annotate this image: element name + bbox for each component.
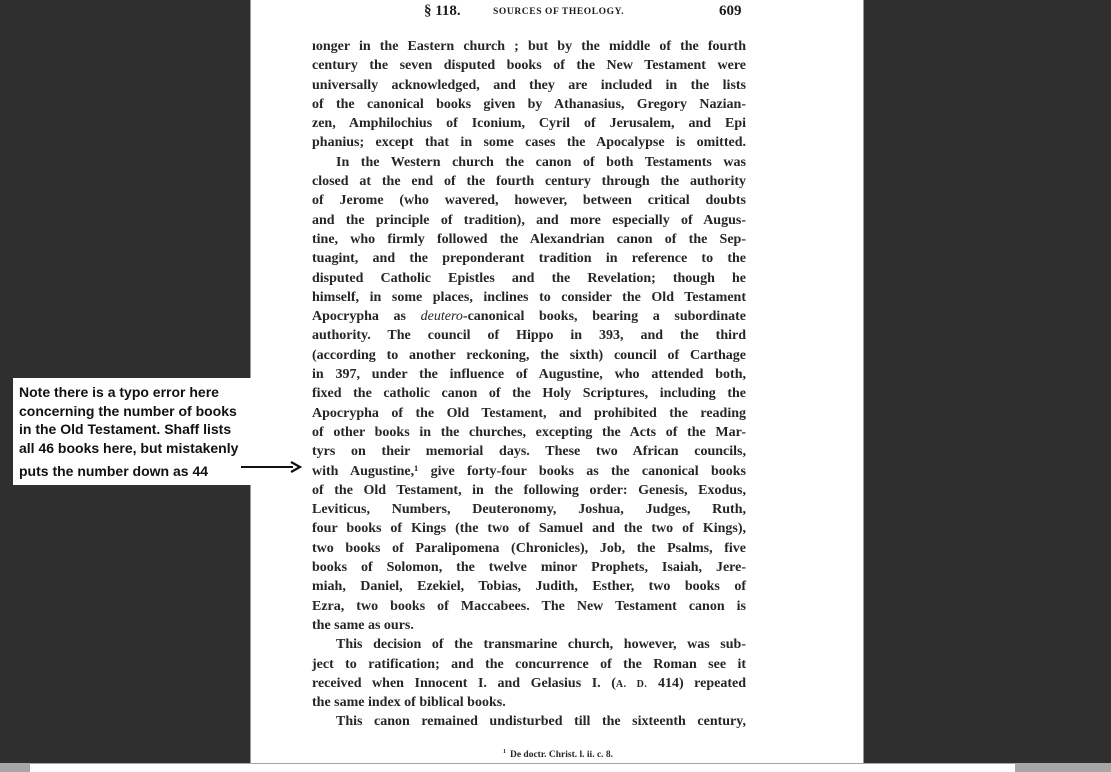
footnote-marker: 1	[503, 749, 506, 755]
text-line: ject to ratification; and the concurrenc…	[312, 655, 746, 674]
text-line: received when Innocent I. and Gelasius I…	[312, 674, 746, 693]
text-line: and the principle of tradition), and mor…	[312, 211, 746, 230]
footnote: 1De doctr. Christ. l. ii. c. 8.	[251, 749, 865, 760]
text-line: phanius; except that in some cases the A…	[312, 133, 746, 152]
text-line: tuagint, and the preponderant tradition …	[312, 249, 746, 268]
text-line: tine, who firmly followed the Alexandria…	[312, 230, 746, 249]
text-line: books of Solomon, the twelve minor Proph…	[312, 558, 746, 577]
running-title: SOURCES OF THEOLOGY.	[493, 7, 624, 17]
text-line: the same as ours.	[312, 616, 746, 635]
text-line: fixed the catholic canon of the Holy Scr…	[312, 384, 746, 403]
text-segment: -canonical books, bearing a subordinate	[463, 309, 746, 324]
footnote-text: De doctr. Christ. l. ii. c. 8.	[510, 750, 613, 760]
page-number: 609	[719, 3, 742, 20]
text-line: of the canonical books given by Athanasi…	[312, 95, 746, 114]
text-line: of the Old Testament, in the following o…	[312, 481, 746, 500]
annotation-line: Note there is a typo error here	[19, 383, 251, 402]
text-line: Apocrypha as deutero-canonical books, be…	[312, 307, 746, 326]
text-line: Ezra, two books of Maccabees. The New Te…	[312, 597, 746, 616]
text-line: of Jerome (who wavered, however, between…	[312, 191, 746, 210]
body-text: ıonger in the Eastern church ; but by th…	[312, 37, 746, 732]
text-line: closed at the end of the fourth century …	[312, 172, 746, 191]
text-line: Leviticus, Numbers, Deuteronomy, Joshua,…	[312, 500, 746, 519]
text-line: four books of Kings (the two of Samuel a…	[312, 519, 746, 538]
text-segment: Apocrypha as	[312, 309, 421, 324]
document-page: § 118. SOURCES OF THEOLOGY. 609 ıonger i…	[250, 0, 864, 763]
document-viewer: § 118. SOURCES OF THEOLOGY. 609 ıonger i…	[0, 0, 1111, 763]
running-head: § 118. SOURCES OF THEOLOGY. 609	[251, 3, 865, 23]
arrow-right-icon	[241, 460, 303, 474]
text-line: ıonger in the Eastern church ; but by th…	[312, 37, 746, 56]
section-number: § 118.	[424, 3, 461, 20]
text-line: disputed Catholic Epistles and the Revel…	[312, 269, 746, 288]
small-caps-era: A. D.	[616, 679, 648, 690]
annotation-line: puts the number down as 44	[19, 462, 251, 481]
text-line: universally acknowledged, and they are i…	[312, 76, 746, 95]
text-line: tyrs on their memorial days. These two A…	[312, 442, 746, 461]
text-line: This canon remained undisturbed till the…	[312, 712, 746, 731]
text-line: zen, Amphilochius of Iconium, Cyril of J…	[312, 114, 746, 133]
horizontal-scrollbar[interactable]	[0, 763, 1111, 772]
text-line: himself, in some places, inclines to con…	[312, 288, 746, 307]
text-line: miah, Daniel, Ezekiel, Tobias, Judith, E…	[312, 577, 746, 596]
annotation-line: in the Old Testament. Shaff lists	[19, 420, 251, 439]
text-line: authority. The council of Hippo in 393, …	[312, 326, 746, 345]
annotation-line: all 46 books here, but mistakenly	[19, 439, 251, 458]
scrollbar-track[interactable]	[30, 764, 1015, 772]
annotation-callout: Note there is a typo error here concerni…	[13, 378, 251, 485]
text-segment: 414) repeated	[647, 676, 746, 691]
text-line: two books of Paralipomena (Chronicles), …	[312, 539, 746, 558]
text-line: This decision of the transmarine church,…	[312, 635, 746, 654]
annotation-line: concerning the number of books	[19, 402, 251, 421]
text-line: of other books in the churches, exceptin…	[312, 423, 746, 442]
text-segment: received when Innocent I. and Gelasius I…	[312, 676, 616, 691]
text-line: century the seven disputed books of the …	[312, 56, 746, 75]
scroll-right-button[interactable]	[1015, 763, 1111, 772]
highlighted-text-line: with Augustine,¹ give forty-four books a…	[312, 462, 746, 481]
text-line: the same index of biblical books.	[312, 693, 746, 712]
scroll-left-button[interactable]	[0, 763, 30, 772]
text-line: In the Western church the canon of both …	[312, 153, 746, 172]
text-line: in 397, under the influence of Augustine…	[312, 365, 746, 384]
text-line: (according to another reckoning, the six…	[312, 346, 746, 365]
text-line: Apocrypha of the Old Testament, and proh…	[312, 404, 746, 423]
italic-term: deutero	[421, 309, 463, 324]
